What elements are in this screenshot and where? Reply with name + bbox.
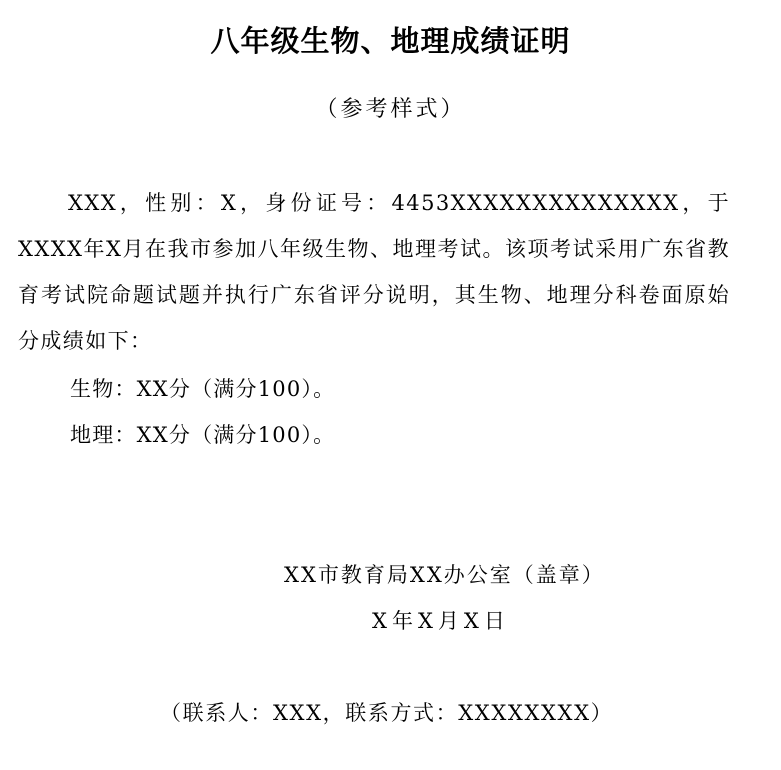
document-title: 八年级生物、地理成绩证明	[0, 18, 781, 64]
certificate-body-paragraph: XXX，性别：X，身份证号：4453XXXXXXXXXXXXXX，于XXXX年X…	[18, 180, 730, 364]
score-line-biology: 生物：XX分（满分100）。	[70, 366, 335, 412]
issuing-office: XX市教育局XX办公室（盖章）	[284, 552, 605, 598]
contact-info: （联系人：XXX，联系方式：XXXXXXXX）	[160, 690, 613, 736]
score-line-geography: 地理：XX分（满分100）。	[70, 412, 335, 458]
issue-date: X年X月X日	[372, 598, 510, 644]
document-subtitle: （参考样式）	[0, 90, 781, 130]
